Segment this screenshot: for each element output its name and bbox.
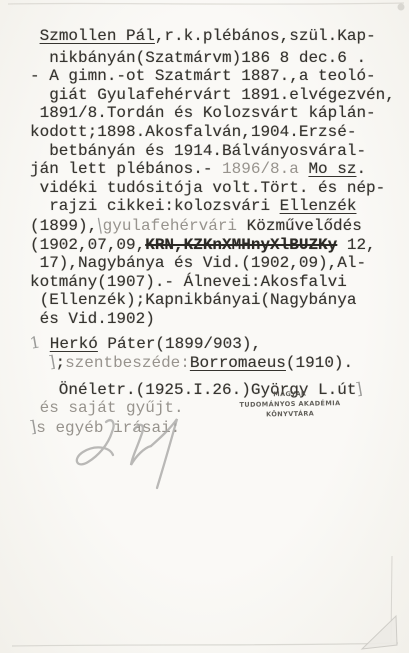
typed-line: nikbányán(Szatmárvm)186 8 dec.6 . <box>30 49 405 68</box>
typed-line: (1899),|gyulafehérvári Közművelődés <box>30 216 405 236</box>
typed-line: 1891/8.Tordán és Kolozsvárt káplán- <box>30 104 405 123</box>
corner-fold <box>362 616 397 649</box>
typed-line: rajzi cikkei:kolozsvári Ellenzék <box>30 197 405 216</box>
pencil-mark: ] <box>355 379 364 398</box>
typed-line: és Vid.1902) <box>30 310 405 329</box>
typed-line: 1 Herkó Páter(1899/903), <box>30 334 405 354</box>
typed-line: betbányán és 1914.Bálványosváral- <box>30 142 405 161</box>
typed-line: ]s egyéb irásai: <box>30 418 405 438</box>
card-edge-top <box>8 3 404 4</box>
typed-line: Szmollen Pál,r.k.plébános,szül.Kap- <box>30 27 405 46</box>
scanned-card-page: Szmollen Pál,r.k.plébános,szül.Kap- nikb… <box>0 0 409 653</box>
card-edge-right <box>391 556 392 642</box>
corner-smudge <box>398 4 405 11</box>
typed-text: Szmollen Pál,r.k.plébános,szül.Kap- nikb… <box>30 27 405 437</box>
typed-line: (1902,07,09,KRN,KZKnXMHnyXlBUZKy 12, <box>30 236 405 255</box>
library-stamp: MAGYAR TUDOMÁNYOS AKADÉMIA KÖNYVTÁRA <box>228 388 353 420</box>
typed-line: - A gimn.-ot Szatmárt 1887.,a teoló- <box>30 67 405 86</box>
typed-line: (Ellenzék);Kapnikbányai(Nagybánya <box>30 291 405 310</box>
typed-line: ];szentbeszéde:Borromaeus(1910). <box>30 353 405 373</box>
typed-line: 17),Nagybánya és Vid.(1902,09),Al- <box>30 254 405 273</box>
typed-line: kotmány(1907).- Álnevei:Akosfalvi <box>30 273 405 292</box>
typed-line: ján lett plébános.- 1896/8.a Mo sz. <box>30 160 405 179</box>
typed-line: kodott;1898.Akosfalván,1904.Erzsé- <box>30 123 405 142</box>
typed-line: giát Gyulafehérvárt 1891.elvégezvén, <box>30 86 405 105</box>
typed-line: vidéki tudósitója volt.Tört. és nép- <box>30 179 405 198</box>
card-edge-bottom <box>12 643 398 646</box>
